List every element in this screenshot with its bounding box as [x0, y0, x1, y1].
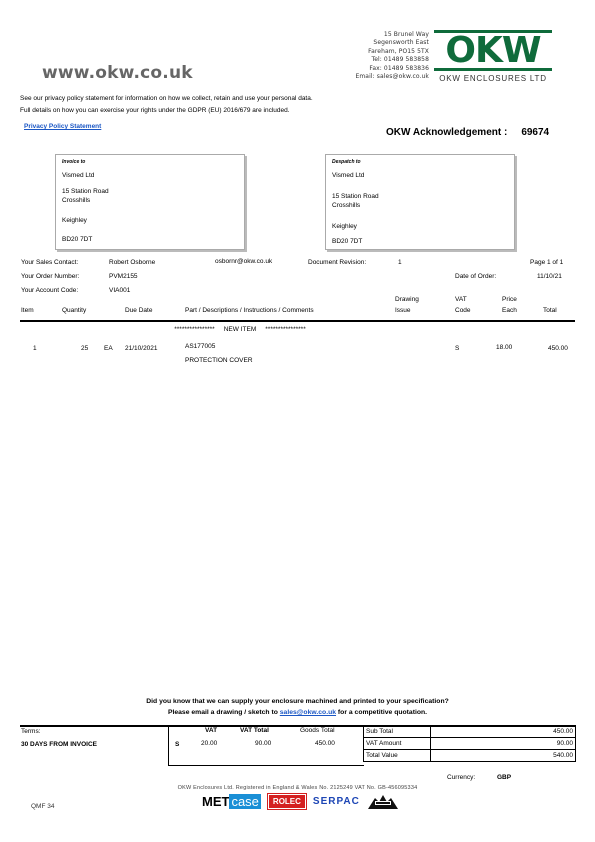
col-drawing: Drawing [395, 296, 419, 303]
vat-total-header: VAT Total [240, 727, 269, 734]
col-item: Item [21, 307, 34, 314]
email: Email: sales@okw.co.uk [355, 73, 429, 81]
promo-text: Please email a drawing / sketch to [168, 709, 280, 716]
sales-email[interactable]: osbornr@okw.co.uk [215, 258, 272, 265]
sales-email-link[interactable]: sales@okw.co.uk [280, 709, 336, 716]
privacy-policy-link[interactable]: Privacy Policy Statement [24, 123, 101, 130]
teko-logo-icon [368, 795, 398, 809]
currency-label: Currency: [447, 774, 475, 781]
new-item-banner: **************** NEW ITEM **************… [125, 326, 355, 333]
address-line: 15 Station Road [332, 193, 379, 200]
metcase-case: case [229, 794, 260, 809]
metcase-met: MET [202, 794, 229, 809]
account-code: VIA001 [109, 287, 130, 294]
row-quantity: 25 [81, 345, 88, 352]
terms: 30 DAYS FROM INVOICE [21, 741, 97, 748]
col-total: Total [543, 307, 557, 314]
totals-table: Sub Total 450.00 VAT Amount 90.00 Total … [363, 725, 576, 762]
fax: Fax: 01489 583836 [355, 65, 429, 73]
despatch-to-box: Despatch to Vismed Ltd 15 Station Road C… [325, 154, 515, 250]
address-line: BD20 7DT [62, 236, 92, 243]
date-of-order: 11/10/21 [537, 273, 562, 280]
logo-subtitle: OKW ENCLOSURES LTD [434, 74, 552, 83]
promo-line-1: Did you know that we can supply your enc… [0, 698, 595, 705]
page-indicator: Page 1 of 1 [530, 259, 563, 266]
col-vat-code: Code [455, 307, 471, 314]
despatch-to-label: Despatch to [332, 159, 361, 165]
form-code: QMF 34 [31, 803, 54, 810]
row-vat-code: S [455, 345, 459, 352]
col-quantity: Quantity [62, 307, 86, 314]
metcase-logo: METcase [202, 794, 261, 809]
total-value-label: Total Value [364, 750, 431, 762]
privacy-line: Full details on how you can exercise you… [20, 105, 313, 117]
order-number-label: Your Order Number: [21, 273, 79, 280]
total-value: 540.00 [431, 750, 576, 762]
terms-label: Terms: [21, 728, 41, 735]
col-due-date: Due Date [125, 307, 152, 314]
goods-total-header: Goods Total [300, 727, 335, 734]
vat-amount-row: VAT Amount 90.00 [364, 738, 576, 750]
privacy-notice: See our privacy policy statement for inf… [20, 93, 313, 117]
privacy-line: See our privacy policy statement for inf… [20, 93, 313, 105]
promo-text: for a competitive quotation. [336, 709, 427, 716]
col-price: Price [502, 296, 517, 303]
date-of-order-label: Date of Order: [455, 273, 496, 280]
row-description: PROTECTION COVER [185, 357, 253, 364]
row-part-number: AS177005 [185, 343, 215, 350]
col-part: Part / Descriptions / Instructions / Com… [185, 307, 314, 314]
vat-rate: 20.00 [201, 740, 217, 747]
address-line: 15 Brunel Way [355, 31, 429, 39]
col-price-each: Each [502, 307, 517, 314]
invoice-to-box: Invoice to Vismed Ltd 15 Station Road Cr… [55, 154, 245, 250]
row-item: 1 [33, 345, 37, 352]
sales-contact: Robert Osborne [109, 259, 155, 266]
serpac-logo: SERPAC [313, 796, 360, 807]
phone: Tel: 01489 583858 [355, 56, 429, 64]
vat-total: 90.00 [255, 740, 271, 747]
acknowledgement-number: 69674 [521, 127, 549, 138]
document-revision-label: Document Revision: [308, 259, 366, 266]
address-line: Crosshills [332, 202, 360, 209]
acknowledgement-label: OKW Acknowledgement : [386, 127, 507, 138]
goods-total: 450.00 [315, 740, 335, 747]
account-code-label: Your Account Code: [21, 287, 78, 294]
address-line: 15 Station Road [62, 188, 109, 195]
brand-logos: METcase ROLEC SERPAC [202, 794, 398, 809]
row-due-date: 21/10/2021 [125, 345, 158, 352]
row-total: 450.00 [548, 345, 568, 352]
logo-letters: OKW [434, 33, 552, 68]
vat-header: VAT [205, 727, 217, 734]
address-line: Keighley [62, 217, 87, 224]
invoice-to-label: Invoice to [62, 159, 85, 165]
sub-total: 450.00 [431, 726, 576, 738]
company-address: 15 Brunel Way Segensworth East Fareham, … [355, 31, 429, 81]
website: www.okw.co.uk [42, 63, 193, 83]
rolec-logo: ROLEC [269, 795, 305, 808]
sub-total-label: Sub Total [364, 726, 431, 738]
acknowledgement-title: OKW Acknowledgement :69674 [386, 127, 549, 138]
address-line: BD20 7DT [332, 238, 362, 245]
address-line: Keighley [332, 223, 357, 230]
table-header-divider [20, 320, 575, 322]
col-vat: VAT [455, 296, 467, 303]
address-line: Fareham, PO15 5TX [355, 48, 429, 56]
currency: GBP [497, 774, 511, 781]
address-line: Vismed Ltd [332, 172, 364, 179]
total-value-row: Total Value 540.00 [364, 750, 576, 762]
vat-amount: 90.00 [431, 738, 576, 750]
vat-code: S [175, 741, 179, 748]
row-price-each: 18.00 [496, 344, 512, 351]
row-unit: EA [104, 345, 113, 352]
document-revision: 1 [398, 259, 402, 266]
promo-line-2: Please email a drawing / sketch to sales… [0, 709, 595, 716]
address-line: Crosshills [62, 197, 90, 204]
order-number: PVM2155 [109, 273, 138, 280]
okw-logo: OKW OKW ENCLOSURES LTD [434, 30, 552, 83]
address-line: Segensworth East [355, 39, 429, 47]
col-drawing-issue: Issue [395, 307, 411, 314]
address-line: Vismed Ltd [62, 172, 94, 179]
sub-total-row: Sub Total 450.00 [364, 726, 576, 738]
vat-amount-label: VAT Amount [364, 738, 431, 750]
company-registration: OKW Enclosures Ltd. Registered in Englan… [0, 785, 595, 791]
sales-contact-label: Your Sales Contact: [21, 259, 78, 266]
